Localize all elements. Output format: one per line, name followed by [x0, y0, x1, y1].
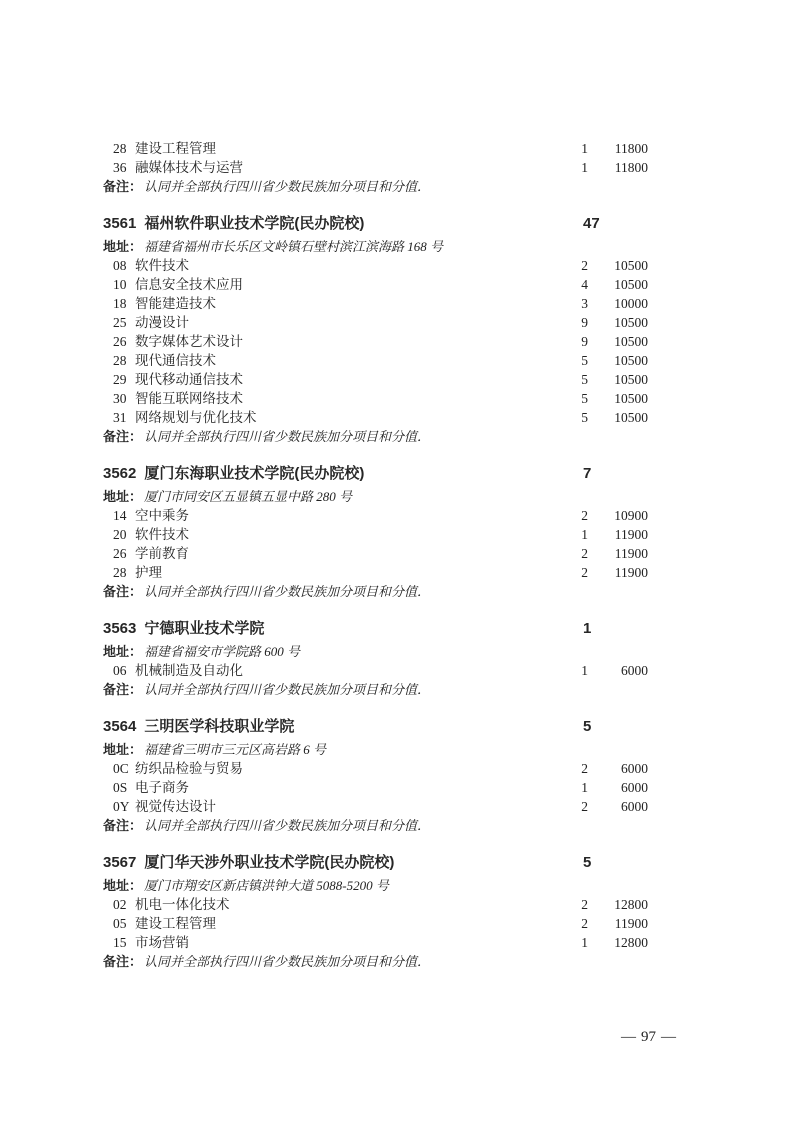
major-row: 08 软件技术 2 10500 — [103, 256, 648, 275]
major-row: 02 机电一体化技术 2 12800 — [103, 895, 648, 914]
note-text: 认同并全部执行四川省少数民族加分项目和分值． — [144, 816, 430, 835]
institution-name: 厦门东海职业技术学院(民办院校) — [144, 462, 548, 486]
address-text: 厦门市翔安区新店镇洪钟大道 5088-5200 号 — [144, 876, 389, 895]
note-label: 备注： — [103, 816, 142, 835]
major-row: 15 市场营销 1 12800 — [103, 933, 648, 952]
institution-address-row: 地址： 福建省三明市三元区高岩路 6 号 — [103, 740, 648, 759]
institution-section: 3564 三明医学科技职业学院 5 地址： 福建省三明市三元区高岩路 6 号 0… — [103, 715, 648, 835]
major-row: 29 现代移动通信技术 5 10500 — [103, 370, 648, 389]
major-code: 08 — [113, 256, 135, 275]
major-code: 36 — [113, 158, 135, 177]
major-tuition-fee: 10500 — [588, 256, 648, 275]
major-plan-count: 2 — [548, 759, 588, 778]
major-code: 05 — [113, 914, 135, 933]
address-text: 福建省福州市长乐区文岭镇石壁村滨江滨海路 168 号 — [144, 237, 443, 256]
major-code: 25 — [113, 313, 135, 332]
major-name: 动漫设计 — [135, 313, 548, 332]
major-list: 14 空中乘务 2 10900 20 软件技术 1 11900 26 学前教育 … — [103, 506, 648, 582]
address-label: 地址： — [103, 487, 142, 506]
major-plan-count: 5 — [548, 389, 588, 408]
institution-code: 3561 — [103, 212, 136, 236]
major-tuition-fee: 6000 — [588, 661, 648, 680]
note-label: 备注： — [103, 680, 142, 699]
institution-address-row: 地址： 福建省福安市学院路 600 号 — [103, 642, 648, 661]
major-list: 0C 纺织品检验与贸易 2 6000 0S 电子商务 1 6000 0Y 视觉传… — [103, 759, 648, 816]
major-code: 30 — [113, 389, 135, 408]
major-tuition-fee: 10500 — [588, 332, 648, 351]
major-row: 31 网络规划与优化技术 5 10500 — [103, 408, 648, 427]
major-code: 31 — [113, 408, 135, 427]
institution-header: 3562 厦门东海职业技术学院(民办院校) 7 — [103, 462, 648, 486]
major-name: 护理 — [135, 563, 548, 582]
major-tuition-fee: 11900 — [588, 563, 648, 582]
major-tuition-fee: 11800 — [588, 139, 648, 158]
institution-code: 3567 — [103, 851, 136, 875]
address-label: 地址： — [103, 876, 142, 895]
institution-code: 3564 — [103, 715, 136, 739]
note-row: 备注： 认同并全部执行四川省少数民族加分项目和分值． — [103, 952, 648, 971]
major-tuition-fee: 6000 — [588, 778, 648, 797]
page-footer: —97— — [616, 1028, 681, 1046]
major-name: 智能互联网络技术 — [135, 389, 548, 408]
major-code: 02 — [113, 895, 135, 914]
note-row: 备注： 认同并全部执行四川省少数民族加分项目和分值． — [103, 427, 648, 446]
note-label: 备注： — [103, 177, 142, 196]
major-row: 25 动漫设计 9 10500 — [103, 313, 648, 332]
major-list: 02 机电一体化技术 2 12800 05 建设工程管理 2 11900 15 … — [103, 895, 648, 952]
major-plan-count: 1 — [548, 139, 588, 158]
institution-code: 3562 — [103, 462, 136, 486]
major-code: 10 — [113, 275, 135, 294]
major-list: 06 机械制造及自动化 1 6000 — [103, 661, 648, 680]
major-row: 30 智能互联网络技术 5 10500 — [103, 389, 648, 408]
major-row: 05 建设工程管理 2 11900 — [103, 914, 648, 933]
major-list: 28 建设工程管理 1 11800 36 融媒体技术与运营 1 11800 — [103, 139, 648, 177]
major-plan-count: 3 — [548, 294, 588, 313]
institution-address-row: 地址： 厦门市翔安区新店镇洪钟大道 5088-5200 号 — [103, 876, 648, 895]
major-plan-count: 1 — [548, 661, 588, 680]
major-code: 28 — [113, 351, 135, 370]
institution-address-row: 地址： 福建省福州市长乐区文岭镇石壁村滨江滨海路 168 号 — [103, 237, 648, 256]
address-text: 厦门市同安区五显镇五显中路 280 号 — [144, 487, 352, 506]
major-code: 06 — [113, 661, 135, 680]
institution-section: 3561 福州软件职业技术学院(民办院校) 47 地址： 福建省福州市长乐区文岭… — [103, 212, 648, 446]
major-name: 机电一体化技术 — [135, 895, 548, 914]
major-plan-count: 1 — [548, 158, 588, 177]
address-label: 地址： — [103, 642, 142, 661]
major-row: 26 学前教育 2 11900 — [103, 544, 648, 563]
major-name: 电子商务 — [135, 778, 548, 797]
major-plan-count: 1 — [548, 933, 588, 952]
major-row: 28 建设工程管理 1 11800 — [103, 139, 648, 158]
document-page: 28 建设工程管理 1 11800 36 融媒体技术与运营 1 11800 备注… — [0, 0, 794, 1123]
institution-list: 28 建设工程管理 1 11800 36 融媒体技术与运营 1 11800 备注… — [103, 139, 648, 971]
institution-name: 宁德职业技术学院 — [144, 617, 548, 641]
major-tuition-fee: 12800 — [588, 895, 648, 914]
institution-header: 3563 宁德职业技术学院 1 — [103, 617, 648, 641]
major-plan-count: 2 — [548, 895, 588, 914]
note-text: 认同并全部执行四川省少数民族加分项目和分值． — [144, 582, 430, 601]
note-row: 备注： 认同并全部执行四川省少数民族加分项目和分值． — [103, 680, 648, 699]
major-code: 0S — [113, 778, 135, 797]
major-tuition-fee: 11800 — [588, 158, 648, 177]
major-tuition-fee: 10500 — [588, 351, 648, 370]
major-code: 28 — [113, 563, 135, 582]
note-row: 备注： 认同并全部执行四川省少数民族加分项目和分值． — [103, 582, 648, 601]
address-label: 地址： — [103, 740, 142, 759]
major-code: 26 — [113, 544, 135, 563]
institution-section: 3562 厦门东海职业技术学院(民办院校) 7 地址： 厦门市同安区五显镇五显中… — [103, 462, 648, 601]
major-row: 20 软件技术 1 11900 — [103, 525, 648, 544]
major-code: 14 — [113, 506, 135, 525]
institution-code: 3563 — [103, 617, 136, 641]
major-row: 28 现代通信技术 5 10500 — [103, 351, 648, 370]
major-plan-count: 2 — [548, 506, 588, 525]
major-code: 0C — [113, 759, 135, 778]
institution-section: 28 建设工程管理 1 11800 36 融媒体技术与运营 1 11800 备注… — [103, 139, 648, 196]
institution-header: 3564 三明医学科技职业学院 5 — [103, 715, 648, 739]
major-name: 网络规划与优化技术 — [135, 408, 548, 427]
major-code: 26 — [113, 332, 135, 351]
institution-header: 3567 厦门华天涉外职业技术学院(民办院校) 5 — [103, 851, 648, 875]
major-name: 融媒体技术与运营 — [135, 158, 548, 177]
note-text: 认同并全部执行四川省少数民族加分项目和分值． — [144, 177, 430, 196]
major-row: 18 智能建造技术 3 10000 — [103, 294, 648, 313]
major-name: 软件技术 — [135, 256, 548, 275]
institution-name: 三明医学科技职业学院 — [144, 715, 548, 739]
major-plan-count: 1 — [548, 525, 588, 544]
address-label: 地址： — [103, 237, 142, 256]
major-code: 15 — [113, 933, 135, 952]
major-tuition-fee: 10500 — [588, 275, 648, 294]
institution-address-row: 地址： 厦门市同安区五显镇五显中路 280 号 — [103, 487, 648, 506]
note-row: 备注： 认同并全部执行四川省少数民族加分项目和分值． — [103, 816, 648, 835]
major-name: 信息安全技术应用 — [135, 275, 548, 294]
institution-name: 福州软件职业技术学院(民办院校) — [144, 212, 548, 236]
address-text: 福建省三明市三元区高岩路 6 号 — [144, 740, 326, 759]
major-name: 学前教育 — [135, 544, 548, 563]
major-name: 纺织品检验与贸易 — [135, 759, 548, 778]
major-plan-count: 5 — [548, 351, 588, 370]
major-tuition-fee: 10500 — [588, 370, 648, 389]
note-label: 备注： — [103, 427, 142, 446]
major-row: 28 护理 2 11900 — [103, 563, 648, 582]
major-plan-count: 1 — [548, 778, 588, 797]
major-plan-count: 5 — [548, 370, 588, 389]
note-label: 备注： — [103, 582, 142, 601]
major-code: 18 — [113, 294, 135, 313]
major-tuition-fee: 12800 — [588, 933, 648, 952]
page-number: 97 — [641, 1029, 656, 1045]
major-plan-count: 2 — [548, 563, 588, 582]
note-row: 备注： 认同并全部执行四川省少数民族加分项目和分值． — [103, 177, 648, 196]
major-row: 10 信息安全技术应用 4 10500 — [103, 275, 648, 294]
footer-dash-left: — — [616, 1029, 641, 1045]
major-row: 14 空中乘务 2 10900 — [103, 506, 648, 525]
major-row: 06 机械制造及自动化 1 6000 — [103, 661, 648, 680]
institution-name: 厦门华天涉外职业技术学院(民办院校) — [144, 851, 548, 875]
major-plan-count: 2 — [548, 256, 588, 275]
major-row: 0C 纺织品检验与贸易 2 6000 — [103, 759, 648, 778]
major-plan-count: 9 — [548, 332, 588, 351]
note-text: 认同并全部执行四川省少数民族加分项目和分值． — [144, 427, 430, 446]
major-tuition-fee: 10000 — [588, 294, 648, 313]
major-name: 智能建造技术 — [135, 294, 548, 313]
major-row: 36 融媒体技术与运营 1 11800 — [103, 158, 648, 177]
major-tuition-fee: 10500 — [588, 408, 648, 427]
major-tuition-fee: 11900 — [588, 525, 648, 544]
major-row: 0S 电子商务 1 6000 — [103, 778, 648, 797]
major-name: 软件技术 — [135, 525, 548, 544]
major-name: 建设工程管理 — [135, 914, 548, 933]
institution-total-count: 1 — [548, 617, 648, 641]
footer-dash-right: — — [656, 1029, 681, 1045]
major-name: 机械制造及自动化 — [135, 661, 548, 680]
institution-total-count: 5 — [548, 851, 648, 875]
major-code: 28 — [113, 139, 135, 158]
major-plan-count: 2 — [548, 914, 588, 933]
institution-total-count: 47 — [548, 212, 648, 236]
major-tuition-fee: 11900 — [588, 544, 648, 563]
major-code: 29 — [113, 370, 135, 389]
major-name: 市场营销 — [135, 933, 548, 952]
note-text: 认同并全部执行四川省少数民族加分项目和分值． — [144, 680, 430, 699]
major-plan-count: 2 — [548, 797, 588, 816]
major-name: 数字媒体艺术设计 — [135, 332, 548, 351]
major-tuition-fee: 10500 — [588, 389, 648, 408]
major-row: 0Y 视觉传达设计 2 6000 — [103, 797, 648, 816]
note-label: 备注： — [103, 952, 142, 971]
note-text: 认同并全部执行四川省少数民族加分项目和分值． — [144, 952, 430, 971]
institution-total-count: 7 — [548, 462, 648, 486]
major-plan-count: 9 — [548, 313, 588, 332]
major-name: 现代通信技术 — [135, 351, 548, 370]
major-name: 空中乘务 — [135, 506, 548, 525]
major-list: 08 软件技术 2 10500 10 信息安全技术应用 4 10500 18 智… — [103, 256, 648, 427]
major-code: 0Y — [113, 797, 135, 816]
major-code: 20 — [113, 525, 135, 544]
major-plan-count: 4 — [548, 275, 588, 294]
major-plan-count: 5 — [548, 408, 588, 427]
major-tuition-fee: 11900 — [588, 914, 648, 933]
major-tuition-fee: 6000 — [588, 759, 648, 778]
major-name: 建设工程管理 — [135, 139, 548, 158]
major-row: 26 数字媒体艺术设计 9 10500 — [103, 332, 648, 351]
major-tuition-fee: 10500 — [588, 313, 648, 332]
address-text: 福建省福安市学院路 600 号 — [144, 642, 300, 661]
major-name: 视觉传达设计 — [135, 797, 548, 816]
major-tuition-fee: 6000 — [588, 797, 648, 816]
major-tuition-fee: 10900 — [588, 506, 648, 525]
major-plan-count: 2 — [548, 544, 588, 563]
institution-section: 3563 宁德职业技术学院 1 地址： 福建省福安市学院路 600 号 06 机… — [103, 617, 648, 699]
institution-total-count: 5 — [548, 715, 648, 739]
institution-section: 3567 厦门华天涉外职业技术学院(民办院校) 5 地址： 厦门市翔安区新店镇洪… — [103, 851, 648, 971]
institution-header: 3561 福州软件职业技术学院(民办院校) 47 — [103, 212, 648, 236]
major-name: 现代移动通信技术 — [135, 370, 548, 389]
